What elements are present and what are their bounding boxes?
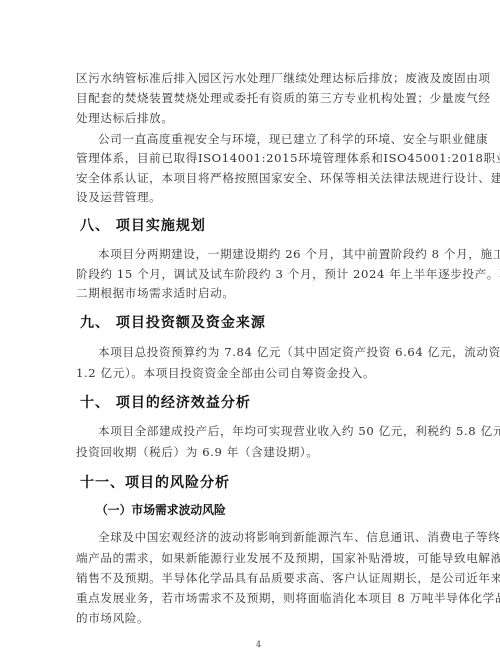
- paragraph-line: 的市场风险。: [76, 608, 428, 628]
- paragraph-line: 端产品的需求，如果新能源行业发展不及预期，国家补贴滑坡，可能导致电解液: [76, 548, 428, 568]
- paragraph-line: 销售不及预期。半导体化学品具有品质要求高、客户认证周期长，是公司近年来: [76, 568, 428, 588]
- paragraph-line: 全球及中国宏观经济的波动将影响到新能源汽车、信息通讯、消费电子等终: [98, 527, 428, 547]
- paragraph-line: 处理达标后排放。: [76, 108, 428, 128]
- paragraph-line: 设及运营管理。: [76, 187, 428, 207]
- section-heading: 九、 项目投资额及资金来源: [80, 312, 266, 334]
- section-heading: 八、 项目实施规划: [80, 215, 206, 237]
- paragraph-line: 本项目全部建成投产后，年均可实现营业收入约 50 亿元，利税约 5.8 亿元。: [98, 421, 428, 441]
- paragraph-line: 阶段约 15 个月，调试及试车阶段约 3 个月，预计 2024 年上半年逐步投产…: [76, 264, 428, 284]
- paragraph-line: 本项目总投资预算约为 7.84 亿元（其中固定资产投资 6.64 亿元，流动资金: [98, 342, 428, 362]
- paragraph-line: 1.2 亿元）。本项目投资资金全部由公司自筹资金投入。: [76, 363, 428, 383]
- paragraph-line: 目配套的焚烧装置焚烧处理或委托有资质的第三方专业机构处置；少量废气经: [76, 88, 428, 108]
- paragraph-line: 本项目分两期建设，一期建设期约 26 个月，其中前置阶段约 8 个月，施工: [98, 244, 428, 264]
- paragraph-line: 投资回收期（税后）为 6.9 年（含建设期）。: [76, 442, 428, 462]
- document-page: 区污水纳管标准后排入园区污水处理厂继续处理达标后排放；废液及废固由项目配套的焚烧…: [0, 0, 500, 656]
- subsection-heading: （一）市场需求波动风险: [96, 500, 226, 520]
- paragraph-line: 区污水纳管标准后排入园区污水处理厂继续处理达标后排放；废液及废固由项: [76, 68, 428, 88]
- page-number: 4: [256, 640, 261, 649]
- section-heading: 十、 项目的经济效益分析: [80, 392, 251, 414]
- section-heading: 十一、项目的风险分析: [80, 472, 230, 494]
- paragraph-line: 管理体系，目前已取得ISO14001:2015环境管理体系和ISO45001:2…: [76, 148, 428, 168]
- paragraph-line: 二期根据市场需求适时启动。: [76, 283, 428, 303]
- paragraph-line: 公司一直高度重视安全与环境，现已建立了科学的环境、安全与职业健康: [98, 129, 428, 149]
- paragraph-line: 重点发展业务，若市场需求不及预期，则将面临消化本项目 8 万吨半导体化学品: [76, 588, 428, 608]
- paragraph-line: 安全体系认证，本项目将严格按照国家安全、环保等相关法律法规进行设计、建: [76, 168, 428, 188]
